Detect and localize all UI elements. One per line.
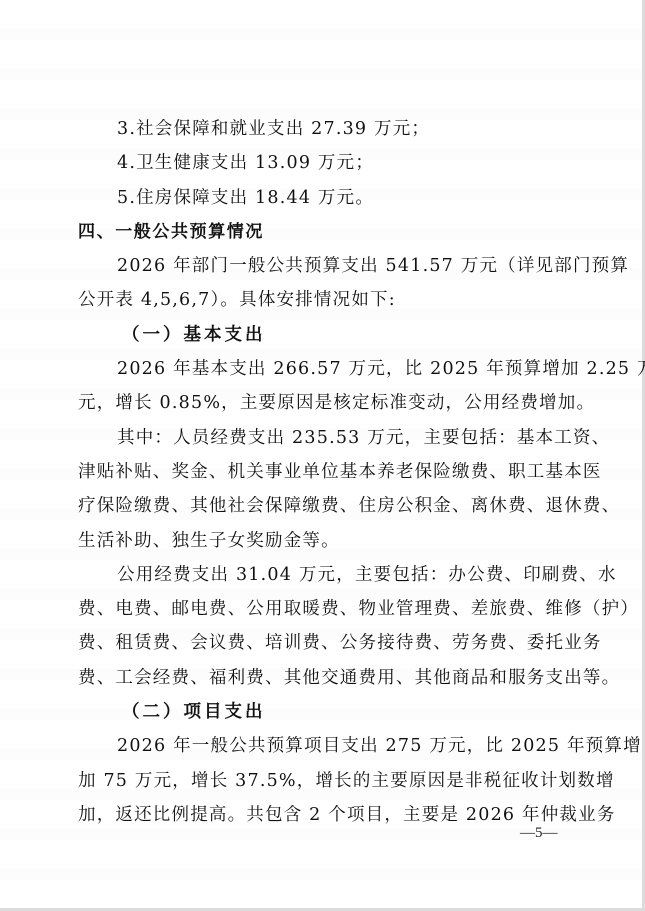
budget-item-social-security: 3.社会保障和就业支出 27.39 万元； [78, 112, 570, 146]
paragraph-line: 费、工会经费、福利费、其他交通费用、其他商品和服务支出等。 [78, 661, 570, 695]
paragraph-line: 疗保险缴费、其他社会保障缴费、住房公积金、离休费、退休费、 [78, 489, 570, 523]
budget-item-housing: 5.住房保障支出 18.44 万元。 [78, 181, 570, 215]
subheading-basic-expenditure: （一）基本支出 [78, 318, 570, 352]
paragraph-line: 加，返还比例提高。共包含 2 个项目，主要是 2026 年仲裁业务 [78, 798, 570, 832]
paragraph-line: 费、电费、邮电费、公用取暖费、物业管理费、差旅费、维修（护） [78, 592, 570, 626]
section-heading-general-budget: 四、一般公共预算情况 [78, 215, 570, 249]
page-number: —5— [520, 825, 558, 842]
paragraph-line: 加 75 万元，增长 37.5%，增长的主要原因是非税征收计划数增 [78, 764, 570, 798]
paragraph-line: 公用经费支出 31.04 万元，主要包括：办公费、印刷费、水 [78, 558, 570, 592]
paragraph-line: 其中：人员经费支出 235.53 万元，主要包括：基本工资、 [78, 421, 570, 455]
paragraph-line: 费、租赁费、会议费、培训费、公务接待费、劳务费、委托业务 [78, 626, 570, 660]
paragraph-line: 公开表 4,5,6,7）。具体安排情况如下: [78, 283, 570, 317]
paragraph-line: 2026 年部门一般公共预算支出 541.57 万元（详见部门预算 [78, 249, 570, 283]
paragraph-line: 生活补助、独生子女奖励金等。 [78, 524, 570, 558]
paragraph-line: 元，增长 0.85%，主要原因是核定标准变动，公用经费增加。 [78, 386, 570, 420]
paragraph-line: 2026 年基本支出 266.57 万元，比 2025 年预算增加 2.25 万 [78, 352, 570, 386]
document-body: 3.社会保障和就业支出 27.39 万元； 4.卫生健康支出 13.09 万元；… [78, 112, 570, 832]
paragraph-line: 津贴补贴、奖金、机关事业单位基本养老保险缴费、职工基本医 [78, 455, 570, 489]
document-page: 3.社会保障和就业支出 27.39 万元； 4.卫生健康支出 13.09 万元；… [0, 0, 642, 908]
subheading-project-expenditure: （二）项目支出 [78, 695, 570, 729]
paragraph-line: 2026 年一般公共预算项目支出 275 万元，比 2025 年预算增 [78, 729, 570, 763]
budget-item-health: 4.卫生健康支出 13.09 万元； [78, 146, 570, 180]
